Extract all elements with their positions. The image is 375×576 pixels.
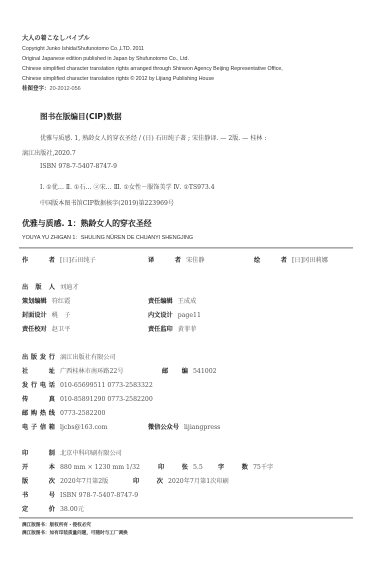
footer-copyright-notice: 漓江版图书：版权所有・侵权必究 [22,522,128,530]
responsible-editor-field: 责任编辑王成成 [148,296,196,305]
fax-field: 传 真010-85891290 0773-2582200 [22,394,153,403]
impression-field: 印 次2020年7月第1次印刷 [133,476,229,485]
credits-row-authors: 作 者[日]石田纯子 译 者宋佳静 绘 者[日]冈田莉娜 [22,255,362,264]
proofreader-field: 责任校对赵卫平 [22,326,70,333]
edition-row: 版 次2020年7月第2版 印 次2020年7月第1次印刷 [22,476,362,485]
wechat-field: 微信公众号lijiangpress [148,422,220,431]
footer-quality-notice: 漓江版图书：如有印装质量问题，可随时与工厂调换 [22,530,128,538]
credits-row-publisher-person: 出 版 人刘迪才 [22,282,362,291]
registration-label: 桂图登字： [22,86,50,92]
postcode-field: 邮 编541002 [162,366,217,375]
translator-field: 译 者宋佳静 [148,255,205,264]
registration-number: 桂图登字：20-2012-056 [22,84,283,94]
publisher-person-field: 出 版 人刘迪才 [22,284,79,291]
copyright-line: Chinese simplified character translation… [22,64,283,74]
email-field[interactable]: 电子信箱ljcbs@163.com [22,424,108,431]
cip-heading: 图书在版编目(CIP)数据 [40,111,122,122]
copyright-page: 大人の着こなしバイブル Copyright Junko Ishida/Shufu… [0,0,375,576]
format-row: 开 本880 mm × 1230 mm 1/32 印 张5.5 字 数75千字 [22,462,362,471]
price-field: 定 价38.00元 [22,504,84,513]
format-field: 开 本880 mm × 1230 mm 1/32 [22,464,140,471]
copyright-block: 大人の着こなしバイブル Copyright Junko Ishida/Shufu… [22,34,283,95]
copyright-line: Copyright Junko Ishida/Shufunotomo Co.,L… [22,44,283,54]
book-title: 优雅与质感. 1：熟龄女人的穿衣圣经 [22,218,152,229]
word-count-field: 字 数75千字 [218,462,273,471]
sheets-field: 印 张5.5 [158,462,203,471]
credits-row-proofing: 责任校对赵卫平 责任监印黄菲菲 [22,324,362,333]
edition-field: 版 次2020年7月第2版 [22,478,108,485]
footer-notice: 漓江版图书：版权所有・侵权必究 漓江版图书：如有印装质量问题，可随时与工厂调换 [22,522,128,538]
printer-field: 印 制北京中科印刷有限公司 [22,448,122,457]
publisher-field: 出版发行漓江出版社有限公司 [22,352,116,361]
credits-row-design: 封面设计桃 子 内文设计page11 [22,310,362,319]
illustrator-field: 绘 者[日]冈田莉娜 [254,255,328,264]
phone-field: 发行电话010-65699511 0773-2583322 [22,380,153,389]
book-title-pinyin: YOUYA YU ZHIGAN 1：SHULING NÜREN DE CHUAN… [22,233,193,241]
author-field: 作 者[日]石田纯子 [22,257,96,264]
interior-design-field: 内文设计page11 [148,310,201,319]
cip-line: 漓江出版社,2020.7 [22,148,76,157]
email-link[interactable]: ljcbs@163.com [60,424,108,431]
cip-isbn: ISBN 978-7-5407-8747-9 [40,163,117,170]
isbn-field: 书 号ISBN 978-7-5407-8747-9 [22,490,138,499]
credits-row-editors: 策划编辑符红霞 责任编辑王成成 [22,296,362,305]
divider [19,517,353,519]
contact-row: 电子信箱ljcbs@163.com 微信公众号lijiangpress [22,422,362,431]
registration-value: 20-2012-056 [50,84,81,94]
mail-order-field: 邮购热线0773-2582200 [22,408,105,417]
divider [19,247,353,249]
planning-editor-field: 策划编辑符红霞 [22,298,70,305]
cip-line: 优雅与质感. 1, 熟龄女人的穿衣圣经 / (日) 石田纯子著 ; 宋佳静译. … [40,133,266,142]
print-supervisor-field: 责任监印黄菲菲 [148,324,196,333]
cip-record-number: 中国版本图书馆CIP数据核字(2019)第223969号 [40,198,174,207]
cover-design-field: 封面设计桃 子 [22,312,70,319]
copyright-line: Original Japanese edition published in J… [22,54,283,64]
cip-classification: Ⅰ. ①优… Ⅱ. ①石… ②宋… Ⅲ. ①女性－服饰美学 Ⅳ. ①TS973.… [40,182,215,191]
copyright-line: Chinese simplified character translation… [22,74,283,84]
address-field: 社 址广西桂林市南环路22号 [22,368,124,375]
original-japanese-title: 大人の着こなしバイブル [22,34,283,44]
address-row: 社 址广西桂林市南环路22号 邮 编541002 [22,366,362,375]
